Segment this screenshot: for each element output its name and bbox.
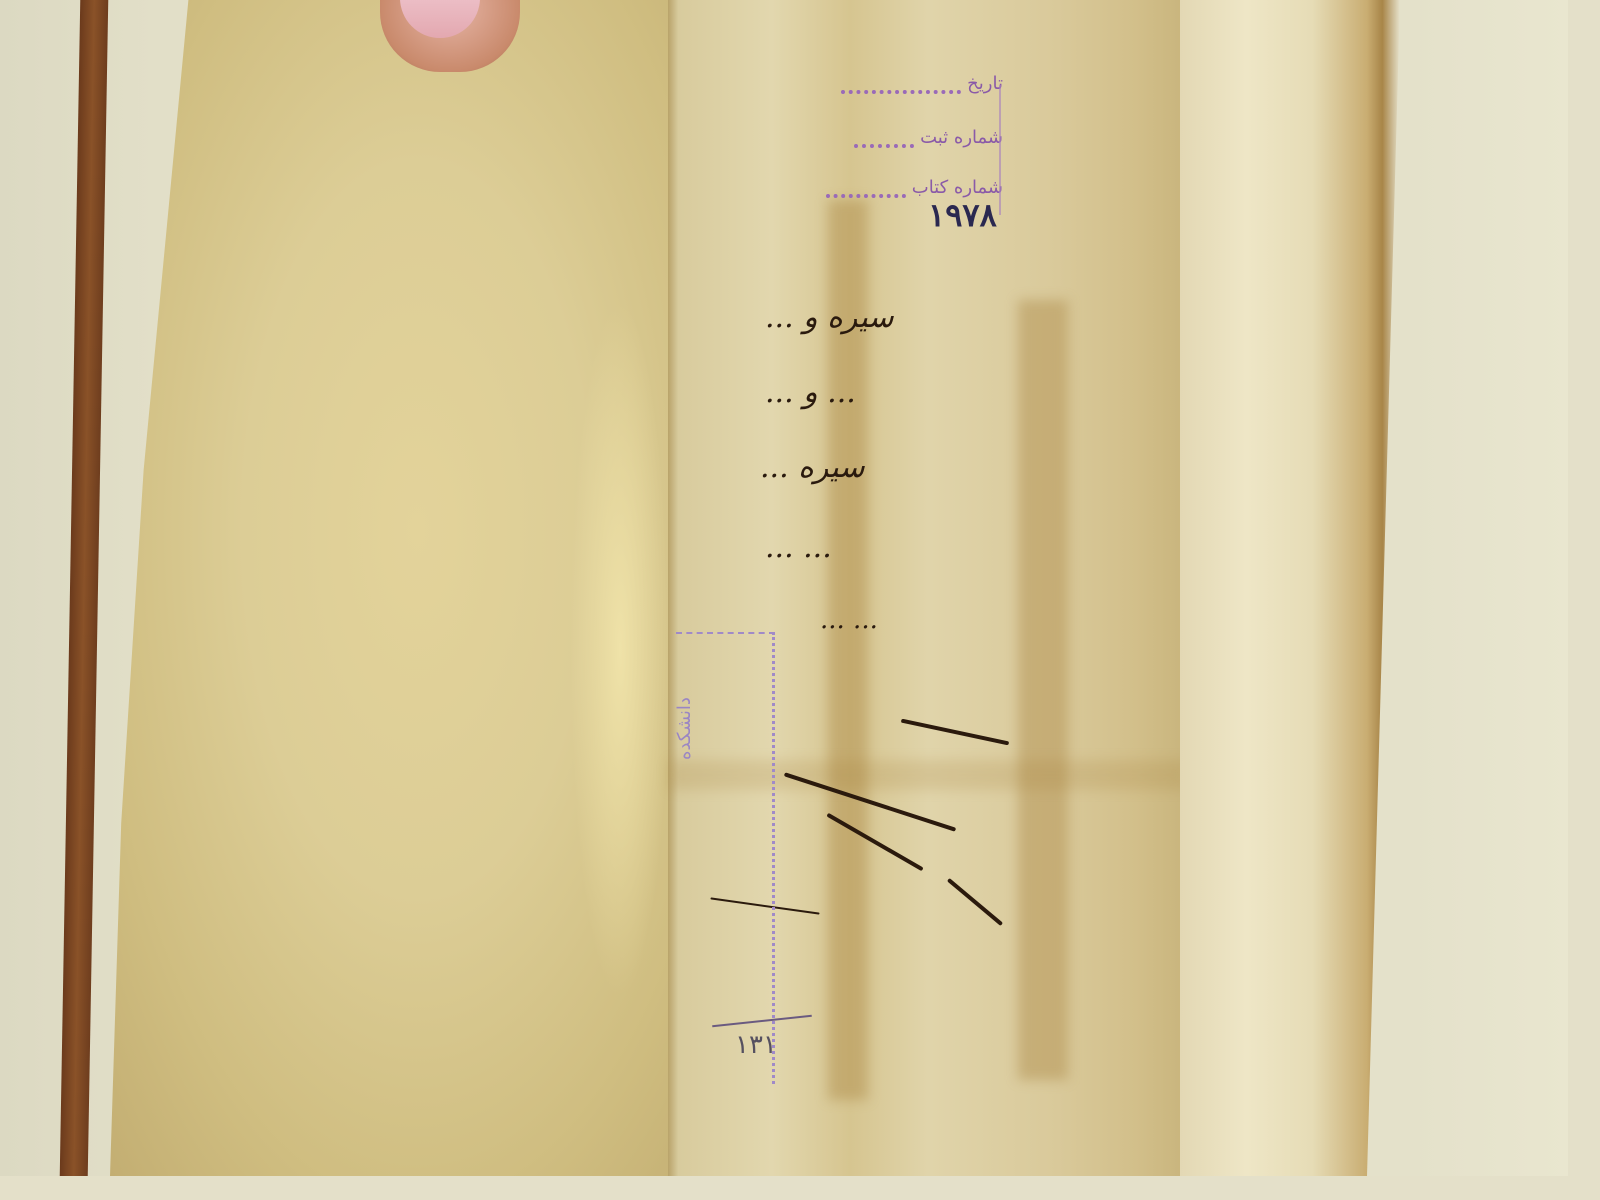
water-stain — [828, 200, 868, 1100]
stamp-label: شماره کتاب — [912, 177, 1003, 198]
catalog-number: ۱۹۷۸ — [928, 196, 997, 234]
text-block-page-edges — [1180, 0, 1400, 1176]
handwritten-line: ... ... — [820, 605, 878, 635]
handwritten-line: ... و ... — [765, 375, 856, 410]
handwritten-line: سیره ... — [760, 450, 865, 485]
fingernail — [400, 0, 480, 38]
stamp-label: تاریخ — [967, 73, 1003, 94]
handwritten-line: ... ... — [765, 530, 832, 565]
pencil-folio-note: ۱۳۱ — [735, 1030, 777, 1060]
stamp-dotted-line — [826, 184, 906, 198]
stamp-label: شماره ثبت — [920, 127, 1003, 148]
stamp-border — [999, 85, 1001, 215]
stamp-row-book-number: شماره کتاب — [826, 177, 1003, 198]
library-stamp: تاریخ شماره ثبت شماره کتاب — [755, 65, 1003, 210]
water-stain — [1018, 300, 1068, 1080]
flyleaf-highlight — [570, 300, 670, 1000]
faculty-stamp-text: دانشکده — [674, 697, 695, 760]
stamp-dotted-line — [841, 80, 961, 94]
stamp-dotted-line — [854, 134, 914, 148]
stamp-row-date: تاریخ — [841, 73, 1003, 94]
stamp-row-registry: شماره ثبت — [854, 127, 1003, 148]
handwritten-line: سیره و ... — [765, 300, 894, 335]
